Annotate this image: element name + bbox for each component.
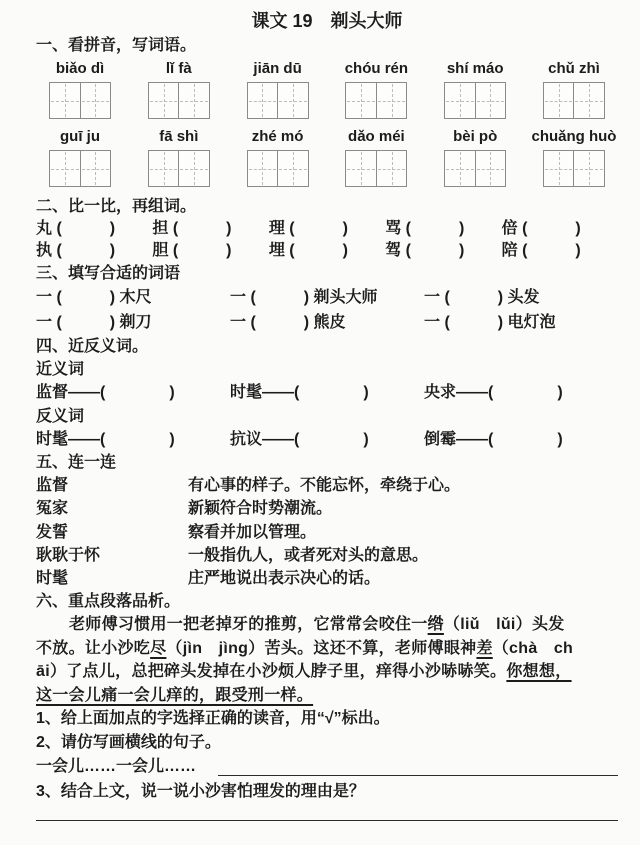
question-1: 1、给上面加点的字选择正确的读音，用“√”标出。 — [36, 707, 618, 731]
antonyms-label: 反义词 — [36, 405, 618, 428]
section2-heading: 二、比一比，再组词。 — [36, 195, 618, 218]
writing-cell — [346, 83, 376, 118]
answer-line — [36, 820, 618, 821]
worksheet-title: 课文 19 剃头大师 — [36, 8, 618, 34]
match-definition: 庄严地说出表示决心的话。 — [188, 567, 618, 590]
writing-box — [543, 150, 605, 187]
section5-heading: 五、连一连 — [36, 451, 618, 474]
match-term: 时髦 — [36, 567, 188, 590]
answer-blank-inline — [218, 775, 618, 776]
pinyin-box-column: chuǎng huò — [530, 127, 618, 187]
writing-cell — [178, 83, 209, 118]
writing-box — [49, 150, 111, 187]
writing-cell — [376, 151, 407, 186]
question-2-stem: 一会儿……一会儿…… — [36, 754, 196, 780]
pinyin-box-row-1: biǎo dì lǐ fà jiān dū chóu rén shí máo c… — [36, 59, 618, 119]
writing-cell — [149, 83, 179, 118]
synonym-item: 监督——( ) — [36, 381, 230, 405]
writing-cell — [445, 151, 475, 186]
writing-box — [345, 150, 407, 187]
writing-box — [444, 150, 506, 187]
antonym-item: 抗议——( ) — [230, 428, 424, 452]
match-term: 发誓 — [36, 521, 188, 544]
writing-box — [148, 82, 210, 119]
dotted-char: 尽 — [150, 640, 166, 657]
match-term: 耿耿于怀 — [36, 544, 188, 567]
writing-box — [247, 150, 309, 187]
match-term: 冤家 — [36, 497, 188, 520]
writing-cell — [346, 151, 376, 186]
pinyin-label: zhé mó — [252, 127, 304, 147]
synonyms-row: 监督——( ) 时髦——( ) 央求——( ) — [36, 381, 618, 405]
section4-heading: 四、近反义词。 — [36, 335, 618, 358]
pinyin-label: dǎo méi — [348, 127, 405, 147]
pinyin-box-column: chǔ zhì — [530, 59, 618, 119]
question-2-answer-row: 一会儿……一会儿…… — [36, 754, 618, 780]
writing-box — [543, 82, 605, 119]
writing-box — [345, 82, 407, 119]
writing-box — [444, 82, 506, 119]
writing-cell — [544, 151, 574, 186]
pinyin-box-column: dǎo méi — [332, 127, 420, 187]
pinyin-box-column: lǐ fà — [135, 59, 223, 119]
underlined-phrase: 这一会儿痛一会儿痒的，跟受刑一样。 — [36, 687, 313, 704]
section1-heading: 一、看拼音，写词语。 — [36, 34, 618, 57]
writing-cell — [248, 83, 278, 118]
pinyin-label: chuǎng huò — [531, 127, 616, 147]
quantifier-row-1: 一 ( ) 木尺 一 ( ) 剃头大师 一 ( ) 头发 — [36, 285, 618, 310]
word-compare-row-1: 丸 ( ) 担 ( ) 理 ( ) 骂 ( ) 倍 ( ) — [36, 218, 618, 240]
synonyms-label: 近义词 — [36, 358, 618, 381]
writing-cell — [149, 151, 179, 186]
synonym-item: 央求——( ) — [424, 381, 618, 405]
word-pair-item: 倍 ( ) — [502, 218, 618, 240]
writing-cell — [544, 83, 574, 118]
quantifier-item: 一 ( ) 电灯泡 — [424, 310, 618, 335]
passage-text: （jìn jìng）苦头。这还不算，老师傅眼神 — [166, 640, 476, 657]
writing-cell — [277, 83, 308, 118]
word-pair-item: 骂 ( ) — [385, 218, 501, 240]
match-row: 发誓 察看并加以管理。 — [36, 521, 618, 544]
writing-cell — [80, 151, 111, 186]
antonym-item: 倒霉——( ) — [424, 428, 618, 452]
pinyin-label: shí máo — [447, 59, 504, 79]
dotted-char: 绺 — [428, 616, 444, 633]
writing-cell — [376, 83, 407, 118]
passage-text: āi）了点儿，总把碎头发掉在小沙烦人脖子里，痒得小沙哧哧笑。 — [36, 663, 506, 680]
pinyin-label: fā shì — [159, 127, 198, 147]
passage-line: 老师傅习惯用一把老掉牙的推剪，它常常会咬住一绺（liǔ lǔi）头发 — [36, 613, 618, 637]
writing-cell — [50, 83, 80, 118]
antonym-item: 时髦——( ) — [36, 428, 230, 452]
question-2: 2、请仿写画横线的句子。 — [36, 731, 618, 755]
pinyin-label: chǔ zhì — [548, 59, 600, 79]
dotted-char: 差 — [476, 640, 492, 657]
quantifier-item: 一 ( ) 头发 — [424, 285, 618, 310]
question-3: 3、结合上文，说一说小沙害怕理发的理由是？ — [36, 780, 618, 804]
passage-line: 不放。让小沙吃尽（jìn jìng）苦头。这还不算，老师傅眼神差（chà ch — [36, 637, 618, 661]
passage-text: （liǔ lǔi）头发 — [444, 616, 565, 633]
writing-cell — [80, 83, 111, 118]
quantifier-item: 一 ( ) 木尺 — [36, 285, 230, 310]
section3-heading: 三、填写合适的词语 — [36, 262, 618, 285]
quantifier-item: 一 ( ) 剃刀 — [36, 310, 230, 335]
word-pair-item: 担 ( ) — [152, 218, 268, 240]
quantifier-item: 一 ( ) 剃头大师 — [230, 285, 424, 310]
pinyin-box-column: fā shì — [135, 127, 223, 187]
pinyin-box-column: guī ju — [36, 127, 124, 187]
match-definition: 察看并加以管理。 — [188, 521, 618, 544]
quantifier-item: 一 ( ) 熊皮 — [230, 310, 424, 335]
passage-text: 老师傅习惯用一把老掉牙的推剪，它常常会咬住一 — [69, 616, 428, 633]
pinyin-label: guī ju — [60, 127, 100, 147]
pinyin-label: jiān dū — [253, 59, 301, 79]
passage-text: （chà ch — [493, 640, 573, 657]
writing-box — [247, 82, 309, 119]
word-pair-item: 执 ( ) — [36, 240, 152, 262]
pinyin-label: lǐ fà — [166, 59, 192, 79]
pinyin-box-column: biǎo dì — [36, 59, 124, 119]
word-pair-item: 陪 ( ) — [502, 240, 618, 262]
writing-cell — [475, 83, 506, 118]
match-definition: 有心事的样子。不能忘怀，牵绕于心。 — [188, 474, 618, 497]
word-pair-item: 胆 ( ) — [152, 240, 268, 262]
pinyin-box-row-2: guī ju fā shì zhé mó dǎo méi bèi pò chuǎ… — [36, 127, 618, 187]
match-row: 耿耿于怀 一般指仇人，或者死对头的意思。 — [36, 544, 618, 567]
pinyin-box-column: bèi pò — [431, 127, 519, 187]
word-pair-item: 埋 ( ) — [269, 240, 385, 262]
writing-cell — [573, 151, 604, 186]
passage-line: āi）了点儿，总把碎头发掉在小沙烦人脖子里，痒得小沙哧哧笑。你想想， — [36, 660, 618, 684]
pinyin-label: chóu rén — [345, 59, 408, 79]
writing-cell — [178, 151, 209, 186]
match-row: 监督 有心事的样子。不能忘怀，牵绕于心。 — [36, 474, 618, 497]
writing-cell — [475, 151, 506, 186]
pinyin-box-column: shí máo — [431, 59, 519, 119]
word-pair-item: 理 ( ) — [269, 218, 385, 240]
writing-cell — [277, 151, 308, 186]
section6-heading: 六、重点段落品析。 — [36, 590, 618, 613]
passage-text: 不放。让小沙吃 — [36, 640, 150, 657]
match-definition: 新颖符合时势潮流。 — [188, 497, 618, 520]
pinyin-label: bèi pò — [453, 127, 497, 147]
pinyin-box-column: chóu rén — [332, 59, 420, 119]
antonyms-row: 时髦——( ) 抗议——( ) 倒霉——( ) — [36, 428, 618, 452]
word-compare-row-2: 执 ( ) 胆 ( ) 埋 ( ) 驾 ( ) 陪 ( ) — [36, 240, 618, 262]
passage: 老师傅习惯用一把老掉牙的推剪，它常常会咬住一绺（liǔ lǔi）头发 不放。让小… — [36, 613, 618, 707]
match-term: 监督 — [36, 474, 188, 497]
writing-cell — [445, 83, 475, 118]
word-pair-item: 驾 ( ) — [385, 240, 501, 262]
underlined-phrase: 你想想， — [506, 663, 571, 680]
word-pair-item: 丸 ( ) — [36, 218, 152, 240]
writing-cell — [50, 151, 80, 186]
pinyin-label: biǎo dì — [56, 59, 104, 79]
writing-box — [148, 150, 210, 187]
writing-box — [49, 82, 111, 119]
match-row: 冤家 新颖符合时势潮流。 — [36, 497, 618, 520]
passage-line: 这一会儿痛一会儿痒的，跟受刑一样。 — [36, 684, 618, 708]
worksheet-page: 课文 19 剃头大师 一、看拼音，写词语。 biǎo dì lǐ fà jiān… — [0, 0, 640, 845]
pinyin-box-column: zhé mó — [234, 127, 322, 187]
writing-cell — [573, 83, 604, 118]
pinyin-box-column: jiān dū — [234, 59, 322, 119]
writing-cell — [248, 151, 278, 186]
match-row: 时髦 庄严地说出表示决心的话。 — [36, 567, 618, 590]
quantifier-row-2: 一 ( ) 剃刀 一 ( ) 熊皮 一 ( ) 电灯泡 — [36, 310, 618, 335]
match-definition: 一般指仇人，或者死对头的意思。 — [188, 544, 618, 567]
synonym-item: 时髦——( ) — [230, 381, 424, 405]
